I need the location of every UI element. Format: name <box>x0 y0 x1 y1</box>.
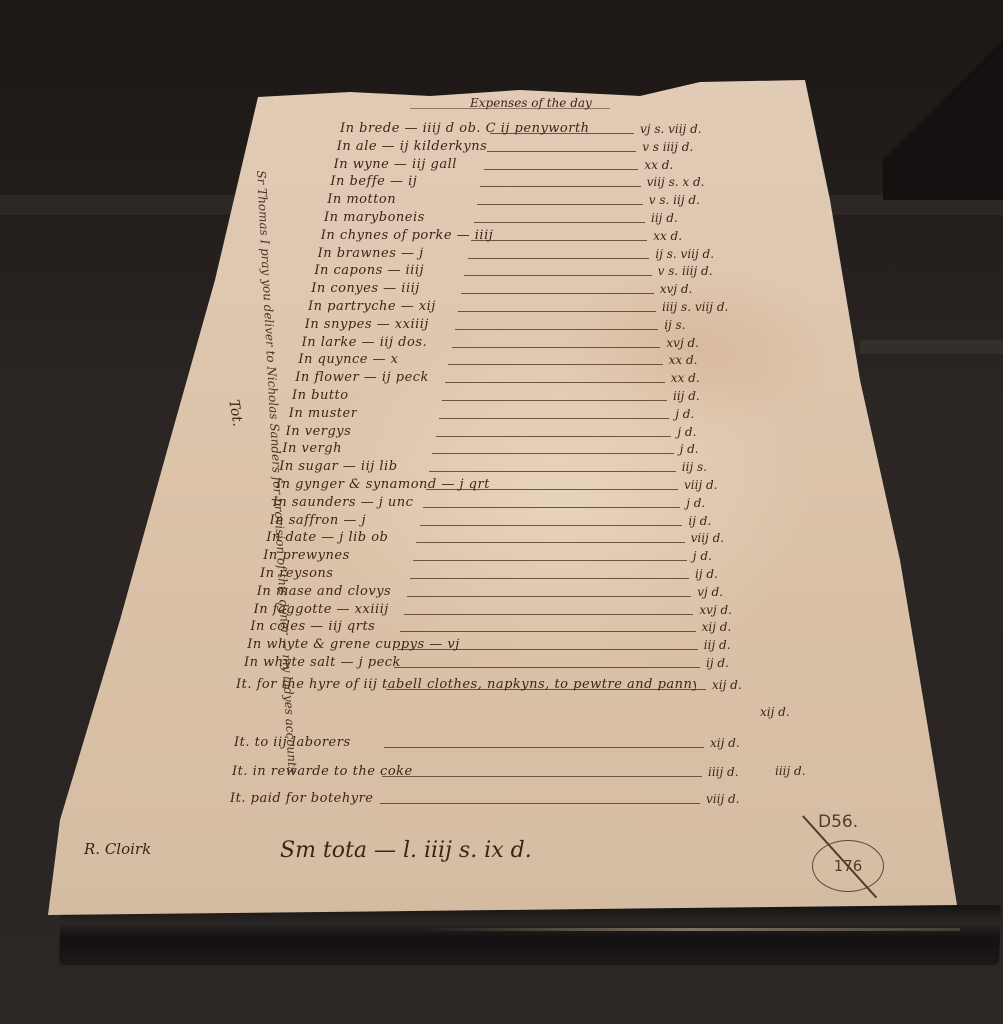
ledger-item-label: In reysons <box>260 566 333 581</box>
ledger-item-label: In whyte salt — j peck <box>244 655 401 670</box>
ledger-item-amount: vj s. viij d. <box>640 122 702 136</box>
ledger-item-amount: v s. iiij d. <box>658 264 713 278</box>
ledger-item-amount: vj d. <box>697 585 723 599</box>
ledger-item-label: In wyne — iij gall <box>334 157 457 172</box>
ledger-item-amount: iiij d. <box>708 765 739 779</box>
ledger-item-label: In vergh <box>282 441 342 456</box>
ledger-rule-line <box>416 542 684 543</box>
ledger-rule-line <box>429 471 676 472</box>
ledger-item-amount: ij s. <box>664 318 685 332</box>
ledger-rule-line <box>413 560 687 561</box>
ledger-rule-line <box>420 525 683 526</box>
ledger-item-amount: v s. iij d. <box>649 193 700 207</box>
ledger-item-label: In vergys <box>286 424 352 439</box>
ledger-item-amount: viij d. <box>706 792 740 806</box>
ledger-rule-line <box>471 240 647 241</box>
ledger-item-amount: xx d. <box>669 353 698 367</box>
ledger-item-label: It. in rewarde to the coke <box>232 764 413 779</box>
ledger-item-amount: viij d. <box>691 531 725 545</box>
ledger-rule-line <box>474 222 645 223</box>
ledger-item-amount: j d. <box>693 549 712 563</box>
ledger-item-label: In butto <box>292 388 349 403</box>
ledger-item-label: In chynes of porke — iiij <box>321 228 493 243</box>
display-case-corner <box>883 0 1003 200</box>
ledger-rule-line <box>484 169 639 170</box>
ledger-item-label: In beffe — ij <box>330 174 417 189</box>
ledger-item-label: In larke — iij dos. <box>302 335 428 350</box>
ledger-item-amount: j d. <box>675 407 694 421</box>
ledger-item-amount: iij d. <box>704 638 731 652</box>
ledger-rule-line <box>468 258 650 259</box>
ledger-item-amount: xvj d. <box>699 603 732 617</box>
ledger-rule-line <box>445 382 665 383</box>
ledger-item-label: It. paid for botehyre <box>230 791 373 806</box>
side-amount: iiij d. <box>775 764 806 778</box>
ledger-item-amount: iij s. <box>682 460 707 474</box>
side-amount: xij d. <box>760 705 790 719</box>
ledger-item-label: In snypes — xxiiij <box>305 317 429 332</box>
ledger-rule-line <box>439 418 669 419</box>
ledger-rule-line <box>452 347 661 348</box>
ledger-item-label: In brawnes — j <box>318 246 424 261</box>
ledger-item-amount: xx d. <box>644 158 673 172</box>
ledger-item-label: In capons — iiij <box>314 263 424 278</box>
ledger-item-label: In saunders — j unc <box>273 495 414 510</box>
ledger-item-amount: v s iiij d. <box>642 140 693 154</box>
ledger-item-label: In coles — iij qrts <box>250 619 375 634</box>
ledger-item-amount: iij d. <box>651 211 678 225</box>
ledger-item-amount: viij d. <box>684 478 718 492</box>
ledger-item-label: In partryche — xij <box>308 299 436 314</box>
ledger-rule-line <box>455 329 658 330</box>
ledger-item-amount: xx d. <box>671 371 700 385</box>
heading-flourish <box>410 108 610 109</box>
ledger-rule-line <box>448 364 662 365</box>
ledger-item-amount: j d. <box>686 496 705 510</box>
ledger-rule-line <box>436 436 672 437</box>
ledger-item-amount: xij d. <box>710 736 740 750</box>
ledger-item-label: In motton <box>327 192 396 207</box>
ledger-rule-line <box>404 614 694 615</box>
ledger-rule-line <box>380 803 700 804</box>
ledger-item-label: It. for the hyre of iij tabell clothes, … <box>236 677 696 692</box>
ledger-rule-line <box>382 776 702 777</box>
ledger-item-amount: xvj d. <box>666 336 699 350</box>
ledger-item-amount: ij d. <box>706 656 729 670</box>
ledger-rule-line <box>442 400 667 401</box>
ledger-item-label: In gynger & synamond — j qrt <box>276 477 490 492</box>
ledger-rule-line <box>423 507 680 508</box>
ledger-item-label: In muster <box>289 406 358 421</box>
ledger-item-amount: xij d. <box>702 620 732 634</box>
ledger-rule-line <box>407 596 691 597</box>
ledger-item-label: In conyes — iiij <box>311 281 420 296</box>
ledger-item-label: In ale — ij kilderkyns <box>337 139 488 154</box>
ledger-item-amount: ij d. <box>688 514 711 528</box>
ledger-item-amount: j d. <box>677 425 696 439</box>
sum-total: Sm tota — l. iiij s. ix d. <box>280 838 532 863</box>
ledger-rule-line <box>461 293 654 294</box>
ledger-item-amount: j d. <box>680 442 699 456</box>
ledger-item-label: In flower — ij peck <box>295 370 429 385</box>
ledger-item-amount: iiij s. viij d. <box>662 300 728 314</box>
ledger-rule-line <box>410 578 689 579</box>
ledger-rule-line <box>480 186 640 187</box>
ledger-rule-line <box>400 631 695 632</box>
ledger-item-amount: xij d. <box>712 678 742 692</box>
clerk-signature: R. Cloirk <box>84 840 151 858</box>
display-case-shelf <box>860 340 1003 354</box>
ledger-rule-line <box>432 453 673 454</box>
ledger-rule-line <box>487 151 636 152</box>
book-page-edge <box>420 928 960 931</box>
ledger-item-label: In quynce — x <box>298 352 398 367</box>
ledger-item-amount: ij d. <box>695 567 718 581</box>
archive-number-old: D56. <box>818 812 858 832</box>
ledger-rule-line <box>458 311 656 312</box>
ledger-item-amount: xx d. <box>653 229 682 243</box>
ledger-item-label: In brede — iiij d ob. C ij penyworth <box>340 121 590 136</box>
ledger-item-amount: iij d. <box>673 389 700 403</box>
ledger-rule-line <box>464 275 651 276</box>
ledger-item-amount: viij s. x d. <box>647 175 705 189</box>
ledger-item-amount: xvj d. <box>660 282 693 296</box>
ledger-item-label: In faggotte — xxiiij <box>254 602 389 617</box>
book-support-cradle <box>59 905 1001 965</box>
museum-display-scene: Expenses of the day In brede — iiij d ob… <box>0 0 1003 1024</box>
ledger-item-label: In maryboneis <box>324 210 425 225</box>
ledger-rule-line <box>477 204 643 205</box>
ledger-rule-line <box>394 667 700 668</box>
ledger-rule-line <box>384 747 704 748</box>
ledger-item-amount: ij s. viij d. <box>655 247 714 261</box>
ledger-item-label: In sugar — iij lib <box>279 459 397 474</box>
